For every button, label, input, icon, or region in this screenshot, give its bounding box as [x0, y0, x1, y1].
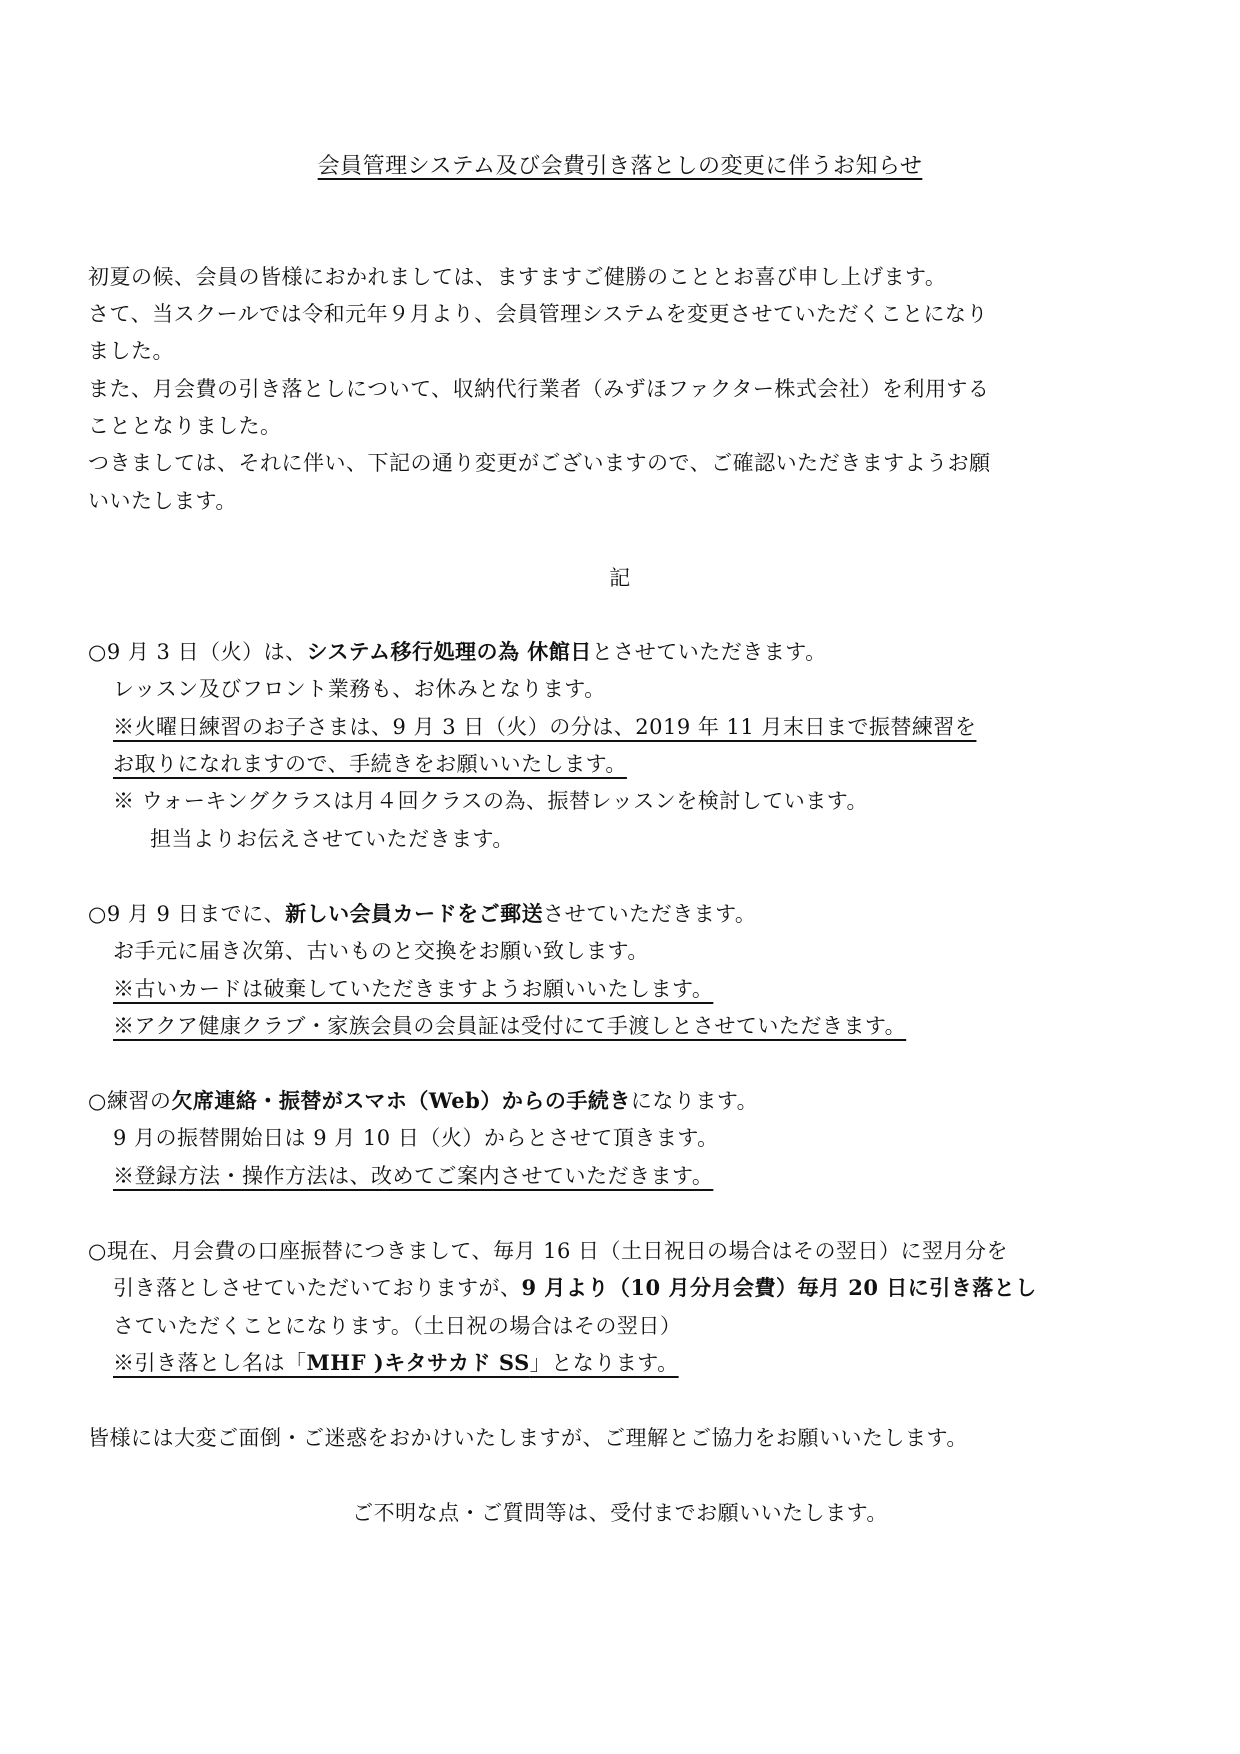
- intro-line-5: こととなりました。: [88, 411, 282, 441]
- intro-line-2: さて、当スクールでは令和元年９月より、会員管理システムを変更させていただくことに…: [88, 299, 988, 329]
- section4-line-2: 引き落としさせていただいておりますが、9 月より（10 月分月会費）毎月 20 …: [113, 1273, 1037, 1303]
- section1-text-c: とさせていただきます。: [592, 640, 827, 664]
- section1-note-4: 担当よりお伝えさせていただきます。: [150, 824, 514, 854]
- section4-note-text-c: 」となります。: [530, 1351, 679, 1375]
- intro-line-1: 初夏の候、会員の皆様におかれましては、ますますご健勝のこととお喜び申し上げます。: [88, 262, 946, 292]
- section1-line-2: レッスン及びフロント業務も、お休みとなります。: [113, 674, 606, 704]
- section3-line-1: ○練習の欠席連絡・振替がスマホ（Web）からの手続きになります。: [88, 1086, 758, 1116]
- section4-note-1: ※引き落とし名は「MHF )キタサカド SS」となります。: [113, 1348, 679, 1378]
- section1-text-a: ○9 月 3 日（火）は、: [88, 640, 307, 664]
- notice-document: 会員管理システム及び会費引き落としの変更に伴うお知らせ 初夏の候、会員の皆様にお…: [0, 0, 1240, 1754]
- ki-heading: 記: [0, 563, 1240, 593]
- intro-line-7: いいたします。: [88, 486, 237, 516]
- section1-line-1: ○9 月 3 日（火）は、システム移行処理の為 休館日とさせていただきます。: [88, 637, 827, 667]
- section2-emphasis: 新しい会員カードをご郵送: [285, 901, 543, 926]
- section2-note-1: ※古いカードは破棄していただきますようお願いいたします。: [113, 974, 713, 1004]
- section2-line-1: ○9 月 9 日までに、新しい会員カードをご郵送させていただきます。: [88, 899, 756, 929]
- section1-note-2: お取りになれますので、手続きをお願いいたします。: [113, 749, 627, 779]
- section4-text-a: 引き落としさせていただいておりますが、: [113, 1276, 522, 1300]
- intro-line-3: ました。: [88, 336, 174, 366]
- section1-note-3: ※ ウォーキングクラスは月４回クラスの為、振替レッスンを検討しています。: [113, 786, 868, 816]
- section4-line-3: さていただくことになります。（土日祝の場合はその翌日）: [113, 1311, 681, 1341]
- closing-line: 皆様には大変ご面倒・ご迷惑をおかけいたしますが、ご理解とご協力をお願いいたします…: [88, 1423, 968, 1453]
- document-title: 会員管理システム及び会費引き落としの変更に伴うお知らせ: [0, 152, 1240, 182]
- section4-line-1: ○現在、月会費の口座振替につきまして、毎月 16 日（土日祝日の場合はその翌日）…: [88, 1236, 1008, 1266]
- section3-line-2: 9 月の振替開始日は 9 月 10 日（火）からとさせて頂きます。: [113, 1123, 719, 1153]
- section3-emphasis: 欠席連絡・振替がスマホ（Web）からの手続き: [171, 1088, 631, 1113]
- section4-emphasis: 9 月より（10 月分月会費）毎月 20 日に引き落とし: [522, 1275, 1037, 1300]
- section2-line-2: お手元に届き次第、古いものと交換をお願い致します。: [113, 936, 649, 966]
- section1-note-1: ※火曜日練習のお子さまは、9 月 3 日（火）の分は、2019 年 11 月末日…: [113, 712, 976, 742]
- section3-note-1: ※登録方法・操作方法は、改めてご案内させていただきます。: [113, 1161, 713, 1191]
- section2-text-c: させていただきます。: [543, 902, 756, 926]
- intro-line-6: つきましては、それに伴い、下記の通り変更がございますので、ご確認いただきますよう…: [88, 448, 991, 478]
- section2-note-2: ※アクア健康クラブ・家族会員の会員証は受付にて手渡しとさせていただきます。: [113, 1011, 906, 1041]
- debit-name: MHF )キタサカド SS: [307, 1350, 530, 1375]
- document-title-text: 会員管理システム及び会費引き落としの変更に伴うお知らせ: [318, 154, 923, 179]
- section3-text-a: ○練習の: [88, 1089, 171, 1113]
- contact-line: ご不明な点・ご質問等は、受付までお願いいたします。: [0, 1498, 1240, 1528]
- intro-line-4: また、月会費の引き落としについて、収納代行業者（みずほファクター株式会社）を利用…: [88, 374, 989, 404]
- section2-text-a: ○9 月 9 日までに、: [88, 902, 285, 926]
- section1-emphasis: システム移行処理の為 休館日: [307, 639, 592, 664]
- section4-note-text-a: ※引き落とし名は「: [113, 1351, 307, 1375]
- section3-text-c: になります。: [631, 1089, 758, 1113]
